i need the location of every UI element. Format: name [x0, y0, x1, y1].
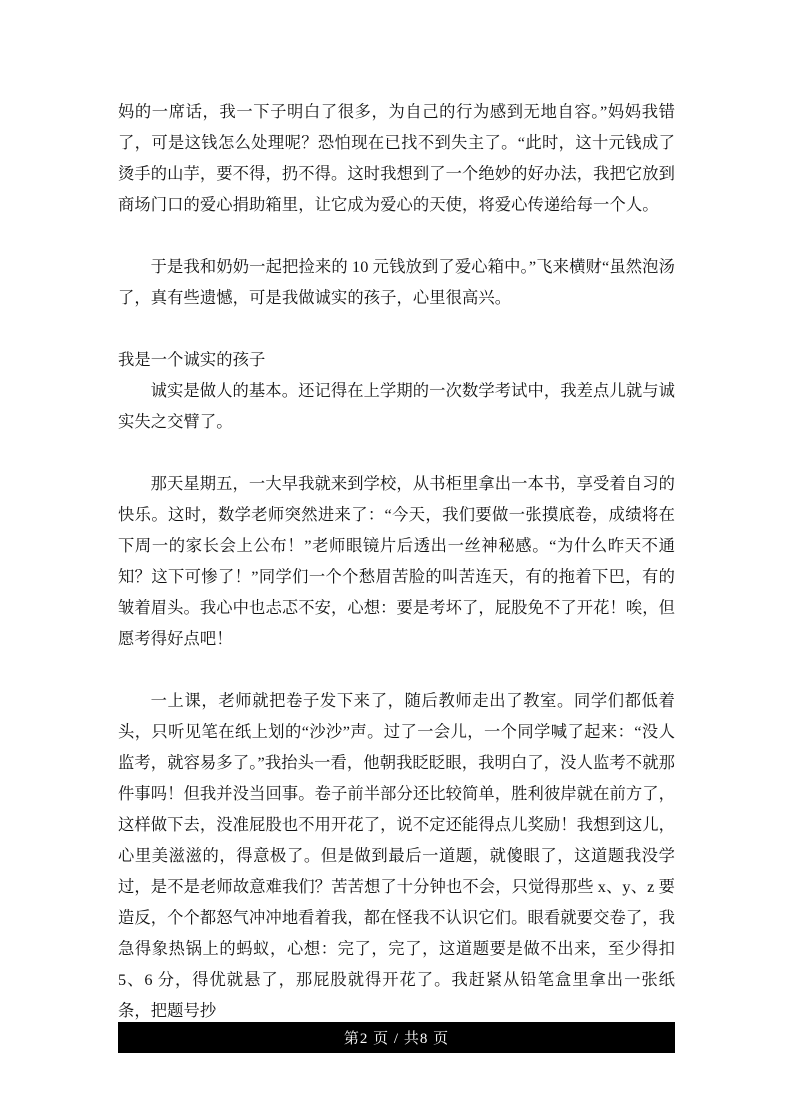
- paragraph-continuation: 妈的一席话，我一下子明白了很多，为自己的行为感到无地自容。”妈妈我错了，可是这钱…: [118, 96, 675, 220]
- page-footer-bar: 第2 页 / 共8 页: [118, 1022, 675, 1053]
- paragraph-exam-story: 一上课，老师就把卷子发下来了，随后教师走出了教室。同学们都低着头，只听见笔在纸上…: [118, 685, 675, 1026]
- paragraph-honesty-intro: 诚实是做人的基本。还记得在上学期的一次数学考试中，我差点儿就与诚实失之交臂了。: [118, 375, 675, 437]
- paragraph-friday-exam: 那天星期五，一大早我就来到学校，从书柜里拿出一本书，享受着自习的快乐。这时，数学…: [118, 468, 675, 654]
- page-indicator: 第2 页 / 共8 页: [344, 1027, 449, 1048]
- paragraph-love-box: 于是我和奶奶一起把捡来的 10 元钱放到了爱心箱中。”飞来横财“虽然泡汤了，真有…: [118, 251, 675, 313]
- page-content: 妈的一席话，我一下子明白了很多，为自己的行为感到无地自容。”妈妈我错了，可是这钱…: [118, 96, 675, 1026]
- document-page: 妈的一席话，我一下子明白了很多，为自己的行为感到无地自容。”妈妈我错了，可是这钱…: [0, 0, 792, 1120]
- essay-title: 我是一个诚实的孩子: [118, 344, 675, 375]
